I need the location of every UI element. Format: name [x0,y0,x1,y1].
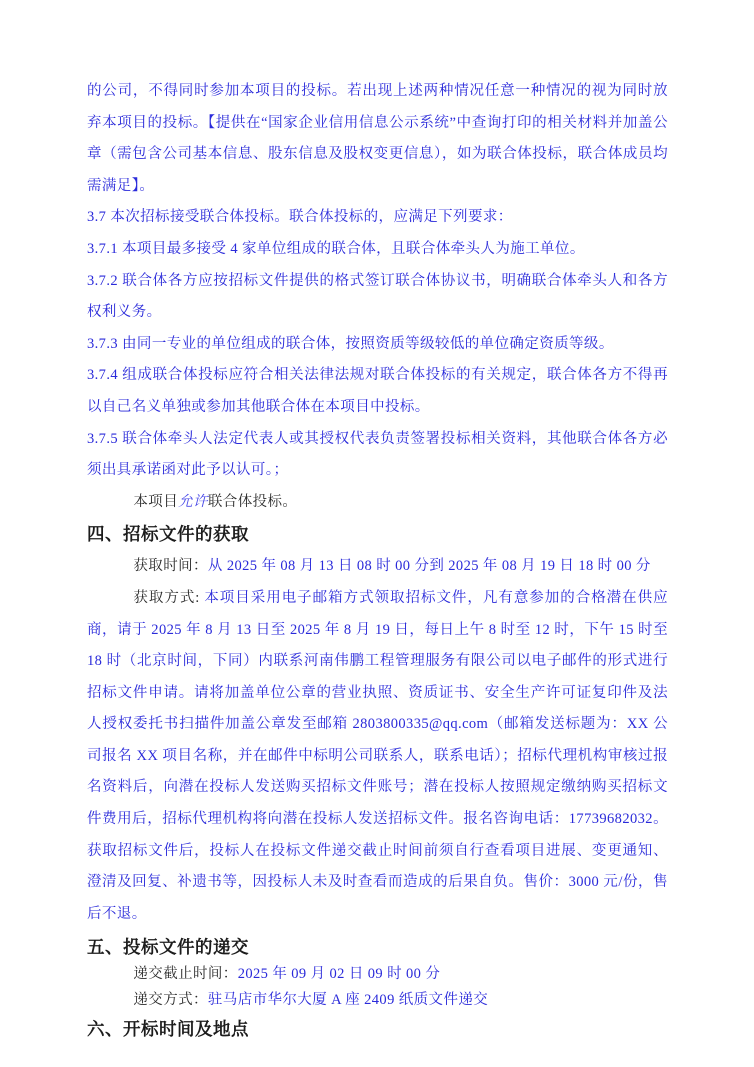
obtain-method-value: 本项目采用电子邮箱方式领取招标文件，凡有意参加的合格潜在供应商，请于 2025 … [87,590,668,922]
section-submit-documents: 五、投标文件的递交 递交截止时间：2025 年 09 月 02 日 09 时 0… [87,932,668,1013]
clause-3-7-5: 3.7.5 联合体牵头人法定代表人或其授权代表负责签署投标相关资料，其他联合体各… [87,424,668,487]
clause-3-7: 3.7 本次招标接受联合体投标。联合体投标的，应满足下列要求： [87,202,668,234]
jv-note-emphasis: 允许 [178,494,208,510]
document-page: 的公司，不得同时参加本项目的投标。若出现上述两种情况任意一种情况的视为同时放弃本… [0,0,754,1067]
jv-allow-note: 本项目允许联合体投标。 [87,487,668,519]
obtain-method-paragraph: 获取方式: 本项目采用电子邮箱方式领取招标文件，凡有意参加的合格潜在供应商，请于… [87,583,668,931]
jv-note-prefix: 本项目 [133,494,178,510]
section5-heading: 五、投标文件的递交 [87,932,668,962]
section-obtain-documents: 四、招标文件的获取 获取时间：从 2025 年 08 月 13 日 08 时 0… [87,518,668,930]
submit-method-label: 递交方式： [133,992,208,1008]
submit-deadline-label: 递交截止时间： [133,966,237,982]
jv-note-suffix: 联合体投标。 [208,494,297,510]
clause-3-7-4: 3.7.4 组成联合体投标应符合相关法律法规对联合体投标的有关规定，联合体各方不… [87,360,668,423]
clause-3-7-2: 3.7.2 联合体各方应按招标文件提供的格式签订联合体协议书，明确联合体牵头人和… [87,266,668,329]
intro-paragraph: 的公司，不得同时参加本项目的投标。若出现上述两种情况任意一种情况的视为同时放弃本… [87,76,668,202]
section4-heading: 四、招标文件的获取 [87,518,668,551]
obtain-time-value: 从 2025 年 08 月 13 日 08 时 00 分到 2025 年 08 … [208,558,651,574]
obtain-method-label: 获取方式: [133,590,204,606]
submit-method-value: 驻马店市华尔大厦 A 座 2409 纸质文件递交 [208,992,488,1008]
section6-heading: 六、开标时间及地点 [87,1014,668,1044]
submit-deadline-line: 递交截止时间：2025 年 09 月 02 日 09 时 00 分 [87,962,668,988]
clause-3-7-3: 3.7.3 由同一专业的单位组成的联合体，按照资质等级较低的单位确定资质等级。 [87,329,668,361]
submit-method-line: 递交方式：驻马店市华尔大厦 A 座 2409 纸质文件递交 [87,988,668,1014]
clause-3-7-1: 3.7.1 本项目最多接受 4 家单位组成的联合体，且联合体牵头人为施工单位。 [87,234,668,266]
submit-deadline-value: 2025 年 09 月 02 日 09 时 00 分 [238,966,441,982]
obtain-time-line: 获取时间：从 2025 年 08 月 13 日 08 时 00 分到 2025 … [87,551,668,583]
obtain-time-label: 获取时间： [133,558,208,574]
section-opening-time-place: 六、开标时间及地点 [87,1014,668,1044]
